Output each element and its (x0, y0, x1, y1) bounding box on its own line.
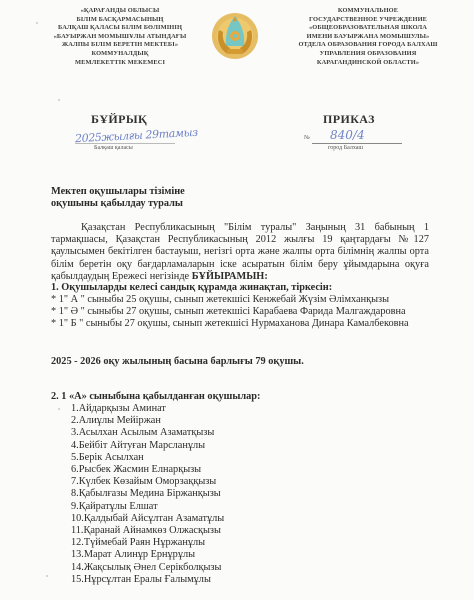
preamble-paragraph: Қазақстан Республикасының "Білім туралы"… (51, 222, 429, 283)
student-item: 2.Алиұлы Мейіржан (71, 415, 224, 427)
student-item: 12.Түймебай Раян Нұржанұлы (71, 537, 224, 549)
header-line: КАРАГАНДИНСКОЙ ОБЛАСТИ» (283, 59, 453, 68)
header-line: ОТДЕЛА ОБРАЗОВАНИЯ ГОРОДА БАЛХАШ (283, 41, 453, 50)
header-line: ГОСУДАРСТВЕННОЕ УЧРЕЖДЕНИЕ (283, 16, 453, 25)
student-list: 1.Айдарқызы Аминат 2.Алиұлы Мейіржан 3.А… (71, 403, 224, 586)
header-kazakh-institution: «ҚАРАҒАНДЫ ОБЛЫСЫ БІЛІМ БАСҚАРМАСЫНЫҢ БА… (50, 7, 190, 67)
header-line: УПРАВЛЕНИЯ ОБРАЗОВАНИЯ (283, 50, 453, 59)
header-line: МЕМЛЕКЕТТІК МЕКЕМЕСІ (50, 59, 190, 68)
subject-line: Мектеп оқушылары тізіміне (51, 186, 185, 198)
order-subject: Мектеп оқушылары тізіміне оқушыны қабылд… (51, 186, 185, 210)
student-item: 4.Бейбіт Айтуған Марсланұлы (71, 440, 224, 452)
city-kazakh: Балқаш қаласы (94, 145, 133, 151)
header-russian-institution: КОММУНАЛЬНОЕ ГОСУДАРСТВЕННОЕ УЧРЕЖДЕНИЕ … (283, 7, 453, 67)
number-sign: № (304, 135, 310, 141)
student-item: 10.Қалдыбай Айсұлтан Азаматұлы (71, 513, 224, 525)
header-line: КОММУНАЛЬНОЕ (283, 7, 453, 16)
total-students: 2025 - 2026 оқу жылының басына барлығы 7… (51, 356, 429, 368)
order-title-kazakh: БҰЙРЫҚ (91, 112, 147, 127)
student-item: 13.Марат Алинұр Ернұрұлы (71, 549, 224, 561)
student-item: 8.Қабылғазы Медина Біржанқызы (71, 488, 224, 500)
order-word: БҰЙЫРАМЫН: (192, 271, 268, 282)
number-underline (312, 143, 402, 144)
subject-line: оқушыны қабылдау туралы (51, 198, 185, 210)
handwritten-order-number: 840/4 (330, 128, 365, 142)
student-item: 15.Нұрсұлтан Ералы Ғалымұлы (71, 574, 224, 586)
class-list: * 1" А " сыныбы 25 оқушы, сынып жетекшіс… (51, 294, 429, 331)
header-line: БАЛҚАШ ҚАЛАСЫ БІЛІМ БӨЛІМІНІҢ (50, 24, 190, 33)
header-line: КОММУНАЛДЫҚ (50, 50, 190, 59)
header-line: «БАУЫРЖАН МОМЫШҰЛЫ АТЫНДАҒЫ (50, 33, 190, 42)
header-line: «ОБЩЕОБРАЗОВАТЕЛЬНАЯ ШКОЛА (283, 24, 453, 33)
order-title-russian: ПРИКАЗ (323, 112, 375, 127)
student-item: 11.Қаранай Айнамкөз Олжасқызы (71, 525, 224, 537)
student-item: 6.Рысбек Жасмин Елнарқызы (71, 464, 224, 476)
scan-speck (36, 22, 38, 24)
state-emblem-icon (210, 10, 260, 60)
student-item: 14.Жақсылық Әнел Серікболқызы (71, 562, 224, 574)
section-1-heading: 1. Оқушыларды келесі сандық құрамда жина… (51, 282, 429, 294)
student-item: 1.Айдарқызы Аминат (71, 403, 224, 415)
class-item: * 1" А " сыныбы 25 оқушы, сынып жетекшіс… (51, 294, 429, 306)
student-item: 3.Асылхан Асылым Азаматқызы (71, 427, 224, 439)
scan-speck (58, 408, 60, 410)
section-2-heading: 2. 1 «А» сыныбына қабылданған оқушылар: (51, 391, 429, 403)
header-line: БІЛІМ БАСҚАРМАСЫНЫҢ (50, 16, 190, 25)
scan-speck (46, 575, 48, 577)
header-line: ИМЕНИ БАУЫРЖАНА МОМЫШУЛЫ» (283, 33, 453, 42)
class-item: * 1" Б " сыныбы 27 оқушы, сынып жетекшіс… (51, 318, 429, 330)
header-line: «ҚАРАҒАНДЫ ОБЛЫСЫ (50, 7, 190, 16)
city-russian: город Балхаш (328, 145, 363, 151)
student-item: 7.Күлбек Көзайым Оморзаққызы (71, 476, 224, 488)
student-item: 5.Берік Асылхан (71, 452, 224, 464)
class-item: * 1" Ә " сыныбы 27 оқушы, сынып жетекшіс… (51, 306, 429, 318)
student-item: 9.Қайратұлы Елшат (71, 501, 224, 513)
order-document: «ҚАРАҒАНДЫ ОБЛЫСЫ БІЛІМ БАСҚАРМАСЫНЫҢ БА… (0, 0, 474, 600)
scan-speck (58, 99, 60, 101)
header-line: ЖАЛПЫ БІЛІМ БЕРЕТІН МЕКТЕБІ» (50, 41, 190, 50)
